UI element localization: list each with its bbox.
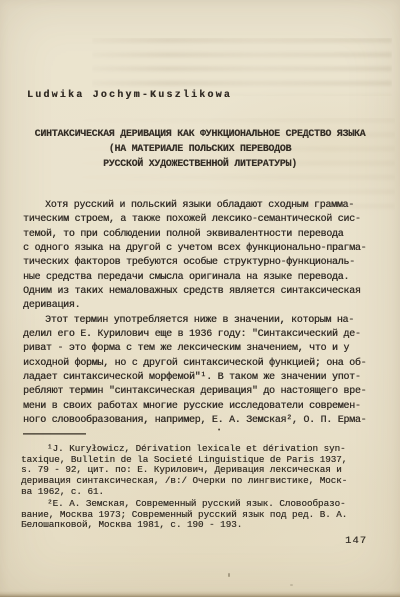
footnote-2: ²Е. А. Земская, Современный русский язык… — [21, 499, 385, 531]
body-line: ребляют термин "синтаксическая деривация… — [23, 385, 379, 399]
footnote-separator-rule — [23, 433, 86, 435]
body-line: делил его Е. Курилович еще в 1936 году: … — [23, 328, 379, 342]
body-line: риват - это форма с тем же лексическим з… — [23, 342, 379, 356]
body-line: ного словообразования, например, Е. А. З… — [23, 414, 379, 428]
title-line-3: РУССКОЙ ХУДОЖЕСТВЕННОЙ ЛИТЕРАТУРЫ) — [0, 158, 400, 173]
page-bottom-edge — [0, 591, 400, 597]
body-line: темой, то при соблюдении полной эквивале… — [23, 228, 379, 242]
paper-speck — [290, 584, 293, 586]
body-line: Хотя русский и польский языки обладают с… — [23, 199, 379, 213]
body-line: с одного языка на другой с учетом всех ф… — [23, 242, 379, 256]
ink-bleed-through-texture — [92, 38, 392, 96]
body-line: Этот термин употребляется ниже в значени… — [23, 314, 379, 328]
page-number: 147 — [345, 535, 367, 547]
body-line: ные средства передачи смысла оригинала н… — [23, 271, 379, 285]
article-title: СИНТАКСИЧЕСКАЯ ДЕРИВАЦИЯ КАК ФУНКЦИОНАЛЬ… — [0, 128, 400, 173]
body-line: Одним из таких немаловажных средств явля… — [23, 285, 379, 299]
body-line: тическим строем, а также похожей лексико… — [23, 213, 379, 227]
title-line-2: (НА МАТЕРИАЛЕ ПОЛЬСКИХ ПЕРЕВОДОВ — [0, 143, 400, 158]
footnote-line: ва 1962, с. 61. — [21, 487, 385, 498]
scanned-page: Ludwika Jochym-Kuszlikowa СИНТАКСИЧЕСКАЯ… — [0, 0, 400, 597]
section-mark-dot: • — [217, 427, 221, 435]
paper-speck — [228, 573, 230, 577]
body-line: ладает синтаксической морфемой"¹. В тако… — [23, 371, 379, 385]
body-line: исходной формы, но с другой синтаксическ… — [23, 357, 379, 371]
title-line-1: СИНТАКСИЧЕСКАЯ ДЕРИВАЦИЯ КАК ФУНКЦИОНАЛЬ… — [0, 128, 400, 143]
body-line: деривация. — [23, 299, 379, 313]
author-name: Ludwika Jochym-Kuszlikowa — [27, 90, 232, 101]
footnote-1: ¹J. Kuryłowicz, Dérivation lexicale et d… — [21, 444, 385, 498]
footnote-line: Белошапковой, Москва 1981, с. 190 - 193. — [21, 520, 385, 531]
body-text: Хотя русский и польский языки обладают с… — [23, 199, 379, 428]
body-line: мени в своих работах многие русские иссл… — [23, 400, 379, 414]
body-line: тических факторов требуются особые струк… — [23, 256, 379, 270]
